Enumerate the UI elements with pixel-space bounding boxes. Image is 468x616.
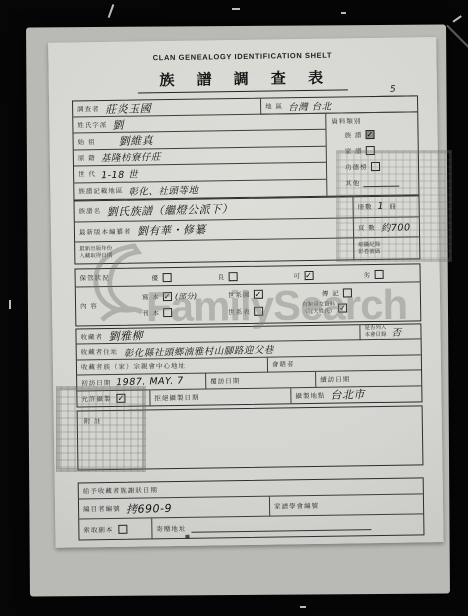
- film-scratch: [108, 4, 114, 18]
- work-name-label: 族譜名: [79, 206, 102, 215]
- form-title: 族 譜 調 查 表: [137, 66, 348, 93]
- origin-value: 基隆枋寮仔莊: [100, 149, 160, 165]
- address-label: 收藏者住址: [81, 347, 119, 357]
- checkbox-mark: ✓: [305, 272, 312, 279]
- row-society-no: 家譜學會編號: [269, 494, 423, 516]
- familysearch-logo-icon: [82, 240, 150, 328]
- film-place-label: 攝製地點: [295, 391, 325, 400]
- coverage-value: 彰化、社頭等地: [128, 182, 198, 198]
- origin-label: 原 籍: [78, 153, 96, 162]
- checkbox-good: [228, 272, 237, 281]
- thanks-label: 給予收藏者旌謝狀日期: [83, 485, 158, 495]
- checkbox-clan-genealogy: ✓: [365, 130, 374, 139]
- compiler-value: 劉有華・修纂: [136, 222, 205, 240]
- checkbox-mark: ✓: [366, 131, 373, 138]
- checkbox-fair: ✓: [304, 271, 313, 280]
- familysearch-watermark-text: FamilySearch: [146, 281, 408, 331]
- admin-table: 給予收藏者旌謝狀日期 編目者編號 拷690-9 家譜學會編號 索取副本 寄贈地址: [78, 477, 425, 540]
- row-visit2: 覆訪日期: [205, 372, 315, 389]
- surname-label: 姓氏字派: [77, 120, 107, 129]
- film-place-value: 台北市: [330, 386, 365, 403]
- condition-option-label: 劣: [364, 270, 372, 279]
- film-scratch: [452, 15, 461, 22]
- condition-option-excellent: 優: [152, 273, 172, 282]
- checkbox-poor: [374, 270, 383, 279]
- assoc-label: 收藏者族（家）宗親會中心地址: [81, 361, 186, 372]
- generations-value: 1-18 世: [101, 166, 138, 181]
- condition-option-label: 優: [152, 273, 160, 282]
- seal-stamp-left: [56, 386, 146, 472]
- seal-stamp-right: [336, 150, 452, 262]
- region-label: 地 區: [265, 101, 283, 110]
- paper-fold: [446, 25, 468, 59]
- generations-label: 世 代: [78, 170, 96, 179]
- address-value: 彰化縣社頭鄉湳雅村山腳路迎父巷: [123, 341, 273, 359]
- ancestor-value: 劉維真: [118, 132, 153, 149]
- refuse-label: 拒絕攝製日期: [154, 392, 199, 402]
- row-catalog-no: 編目者編號 拷690-9: [79, 497, 269, 520]
- send-address-label: 寄贈地址: [156, 523, 186, 532]
- surveyor-label: 調查者: [77, 104, 100, 113]
- condition-option-label: 可: [294, 271, 302, 280]
- collector-label: 收藏者: [80, 332, 103, 341]
- condition-option-label: 良: [218, 272, 226, 281]
- material-option-label: 族 譜: [344, 130, 362, 139]
- condition-option-poor: 劣: [364, 270, 384, 279]
- checkbox-request-copy: [118, 524, 127, 533]
- copy-label: 索取副本: [83, 524, 113, 533]
- material-type-title: 資料類別: [331, 116, 361, 125]
- collector-value: 劉雅柳: [108, 328, 143, 345]
- film-scratch: [300, 606, 306, 608]
- row-send-address: 寄贈地址: [151, 514, 423, 538]
- society-no-label: 家譜學會編號: [274, 501, 319, 511]
- compiler-label: 最新版本編纂者: [79, 227, 132, 237]
- condition-option-good: 良: [218, 272, 238, 281]
- row-film-place: 攝製地點 台北市: [290, 386, 421, 403]
- row-refuse: 拒絕攝製日期: [149, 388, 290, 405]
- catalog-flag-label-2: 本會目錄: [364, 332, 386, 339]
- material-option-clan: 族 譜 ✓: [344, 130, 374, 139]
- condition-option-fair: 可 ✓: [294, 271, 314, 280]
- surname-value: 劉: [112, 116, 124, 132]
- work-name-value: 劉氏族譜（繼燈公派下）: [106, 200, 233, 219]
- film-scratch: [232, 8, 240, 10]
- meet-label: 會晤者: [272, 360, 295, 369]
- row-copy: 索取副本: [79, 518, 151, 539]
- paper-speck: [185, 535, 189, 539]
- region-value: 台灣 台北: [288, 98, 332, 113]
- send-address-line: [191, 521, 371, 533]
- film-scratch: [341, 12, 346, 14]
- checkbox-excellent: [162, 273, 171, 282]
- catalog-no-value: 拷690-9: [125, 499, 171, 516]
- coverage-label: 族譜記載地區: [78, 186, 123, 196]
- visit3-label: 續訪日期: [320, 374, 350, 383]
- visit2-label: 覆訪日期: [210, 376, 240, 385]
- ancestor-label: 始 祖: [78, 137, 96, 146]
- row-visit3: 續訪日期: [315, 371, 421, 388]
- catalog-no-label: 編目者編號: [83, 504, 121, 514]
- form-english-title: CLAN GENEALOGY IDENTIFICATION SHELT: [48, 49, 436, 64]
- microfilm-frame: CLAN GENEALOGY IDENTIFICATION SHELT 族 譜 …: [0, 0, 468, 616]
- surveyor-value: 莊炎玉國: [104, 100, 150, 117]
- film-scratch: [9, 300, 11, 309]
